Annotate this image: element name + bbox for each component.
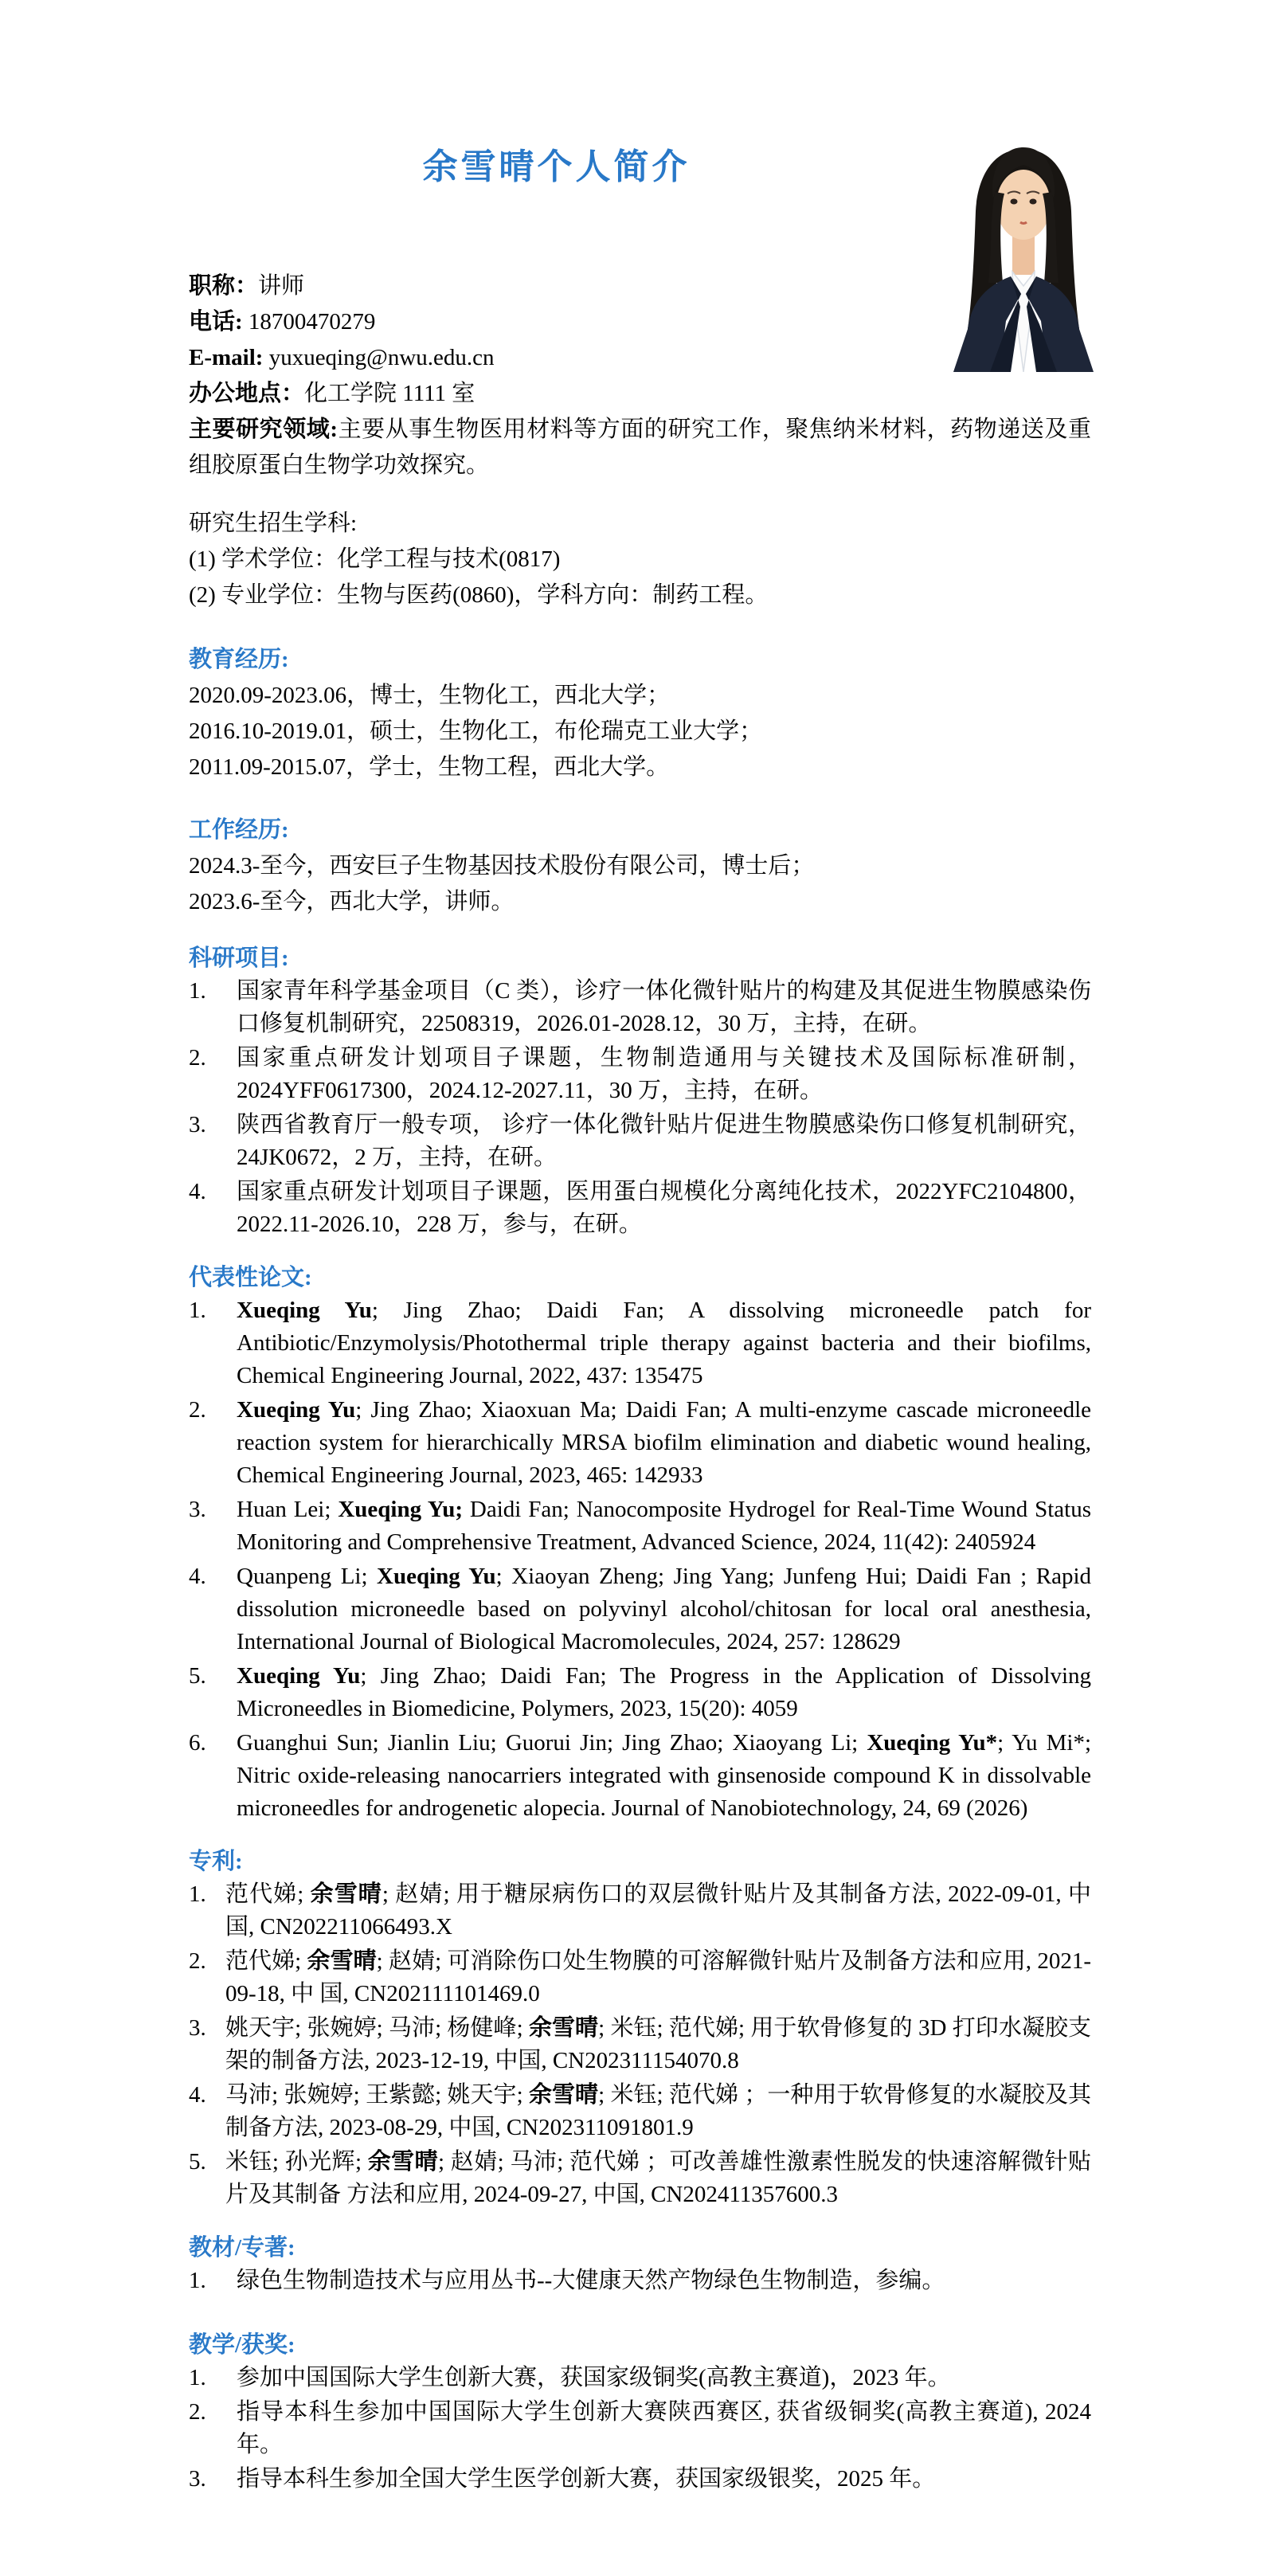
paper-item: 3. Huan Lei; Xueqing Yu; Daidi Fan; Nano… [189,1494,1091,1559]
recruitment-list: (1) 学术学位：化学工程与技术(0817) (2) 专业学位：生物与医药(08… [189,542,1091,613]
patents-list: 1. 范代娣; 余雪晴; 赵婧; 用于糖尿病伤口的双层微针贴片及其制备方法, 2… [189,1878,1091,2211]
work-item: 2024.3-至今，西安巨子生物基因技术股份有限公司，博士后； [189,848,1091,884]
award-item: 2. 指导本科生参加中国国际大学生创新大赛陕西赛区, 获省级铜奖(高教主赛道),… [189,2396,1091,2461]
award-item: 1. 参加中国国际大学生创新大赛，获国家级铜奖(高教主赛道)，2023 年。 [189,2362,1091,2394]
paper-item: 4. Quanpeng Li; Xueqing Yu; Xiaoyan Zhen… [189,1560,1091,1658]
item-number: 1. [189,2265,237,2297]
paper-item: 6. Guanghui Sun; Jianlin Liu; Guorui Jin… [189,1727,1091,1825]
books-list: 1. 绿色生物制造技术与应用丛书--大健康天然产物绿色生物制造，参编。 [189,2265,1091,2297]
paper-item: 2. Xueqing Yu; Jing Zhao; Xiaoxuan Ma; D… [189,1394,1091,1492]
awards-heading: 教学/获奖: [189,2329,1091,2362]
patents-heading: 专利: [189,1846,1091,1878]
section-awards: 教学/获奖: 1. 参加中国国际大学生创新大赛，获国家级铜奖(高教主赛道)，20… [189,2329,1091,2496]
project-item: 1. 国家青年科学基金项目（C 类），诊疗一体化微针贴片的构建及其促进生物膜感染… [189,975,1091,1040]
section-books: 教材/专著: 1. 绿色生物制造技术与应用丛书--大健康天然产物绿色生物制造，参… [189,2232,1091,2297]
item-number: 1. [189,2362,237,2394]
projects-heading: 科研项目: [189,942,1091,975]
books-heading: 教材/专著: [189,2232,1091,2265]
section-patents: 专利: 1. 范代娣; 余雪晴; 赵婧; 用于糖尿病伤口的双层微针贴片及其制备方… [189,1846,1091,2211]
basic-info-line: 办公地点：化工学院 1111 室 [189,376,1091,412]
work-list: 2024.3-至今，西安巨子生物基因技术股份有限公司，博士后； 2023.6-至… [189,848,1091,920]
patent-item: 4. 马沛; 张婉婷; 王紫懿; 姚天宇; 余雪晴; 米钰; 范代娣 ；一种用于… [189,2079,1091,2144]
basic-info-line: 主要研究领域:主要从事生物医用材料等方面的研究工作，聚焦纳米材料，药物递送及重组… [189,412,1091,483]
section-work: 工作经历: 2024.3-至今，西安巨子生物基因技术股份有限公司，博士后； 20… [189,812,1091,920]
basic-info-line: 职称：讲师 [189,268,1091,304]
education-item: 2020.09-2023.06，博士，生物化工，西北大学； [189,678,1091,714]
award-item: 3. 指导本科生参加全国大学生医学创新大赛，获国家级银奖，2025 年。 [189,2463,1091,2496]
item-number: 1. [189,1878,225,1944]
section-education: 教育经历: 2020.09-2023.06，博士，生物化工，西北大学； 2016… [189,642,1091,785]
item-number: 4. [189,1560,237,1658]
item-number: 2. [189,2396,237,2461]
awards-list: 1. 参加中国国际大学生创新大赛，获国家级铜奖(高教主赛道)，2023 年。 2… [189,2362,1091,2496]
item-number: 4. [189,1176,237,1241]
page-title: 余雪晴个人简介 [189,143,1091,192]
basic-info-line: 电话: 18700470279 [189,304,1091,340]
book-item: 1. 绿色生物制造技术与应用丛书--大健康天然产物绿色生物制造，参编。 [189,2265,1091,2297]
work-item: 2023.6-至今，西北大学，讲师。 [189,884,1091,920]
item-number: 2. [189,1042,237,1107]
item-number: 3. [189,2012,225,2077]
project-item: 2. 国家重点研发计划项目子课题，生物制造通用与关键技术及国际标准研制，2024… [189,1042,1091,1107]
basic-info: 职称：讲师 电话: 18700470279 E-mail: yuxueqing@… [189,268,1091,483]
recruitment-heading: 研究生招生学科: [189,506,1091,542]
recruitment-item: (1) 学术学位：化学工程与技术(0817) [189,542,1091,577]
project-item: 3. 陕西省教育厅一般专项， 诊疗一体化微针贴片促进生物膜感染伤口修复机制研究，… [189,1109,1091,1174]
document-body: 余雪晴个人简介 职称：讲师 电话: 18700470279 E-mail: yu… [189,119,1091,2497]
education-list: 2020.09-2023.06，博士，生物化工，西北大学； 2016.10-20… [189,678,1091,785]
item-number: 6. [189,1727,237,1825]
item-number: 3. [189,2463,237,2496]
patent-item: 5. 米钰; 孙光辉; 余雪晴; 赵婧; 马沛; 范代娣 ；可改善雄性激素性脱发… [189,2146,1091,2211]
education-item: 2016.10-2019.01，硕士，生物化工，布伦瑞克工业大学； [189,714,1091,750]
item-number: 1. [189,1294,237,1392]
patent-item: 3. 姚天宇; 张婉婷; 马沛; 杨健峰; 余雪晴; 米钰; 范代娣; 用于软骨… [189,2012,1091,2077]
papers-list: 1. Xueqing Yu; Jing Zhao; Daidi Fan; A d… [189,1294,1091,1825]
papers-heading: 代表性论文: [189,1262,1091,1294]
item-number: 3. [189,1494,237,1559]
profile-page: 余雪晴个人简介 职称：讲师 电话: 18700470279 E-mail: yu… [0,0,1264,2576]
projects-list: 1. 国家青年科学基金项目（C 类），诊疗一体化微针贴片的构建及其促进生物膜感染… [189,975,1091,1241]
patent-item: 1. 范代娣; 余雪晴; 赵婧; 用于糖尿病伤口的双层微针贴片及其制备方法, 2… [189,1878,1091,1944]
item-number: 2. [189,1945,225,2010]
item-number: 5. [189,2146,225,2211]
item-number: 4. [189,2079,225,2144]
item-number: 2. [189,1394,237,1492]
item-number: 5. [189,1660,237,1725]
paper-item: 5. Xueqing Yu; Jing Zhao; Daidi Fan; The… [189,1660,1091,1725]
education-heading: 教育经历: [189,642,1091,678]
item-number: 1. [189,975,237,1040]
section-papers: 代表性论文: 1. Xueqing Yu; Jing Zhao; Daidi F… [189,1262,1091,1825]
section-recruitment: 研究生招生学科: (1) 学术学位：化学工程与技术(0817) (2) 专业学位… [189,506,1091,613]
recruitment-item: (2) 专业学位：生物与医药(0860)，学科方向：制药工程。 [189,577,1091,613]
section-projects: 科研项目: 1. 国家青年科学基金项目（C 类），诊疗一体化微针贴片的构建及其促… [189,942,1091,1241]
item-number: 3. [189,1109,237,1174]
work-heading: 工作经历: [189,812,1091,848]
education-item: 2011.09-2015.07，学士，生物工程，西北大学。 [189,750,1091,785]
patent-item: 2. 范代娣; 余雪晴; 赵婧; 可消除伤口处生物膜的可溶解微针贴片及制备方法和… [189,1945,1091,2010]
project-item: 4. 国家重点研发计划项目子课题，医用蛋白规模化分离纯化技术，2022YFC21… [189,1176,1091,1241]
paper-item: 1. Xueqing Yu; Jing Zhao; Daidi Fan; A d… [189,1294,1091,1392]
basic-info-line: E-mail: yuxueqing@nwu.edu.cn [189,340,1091,376]
